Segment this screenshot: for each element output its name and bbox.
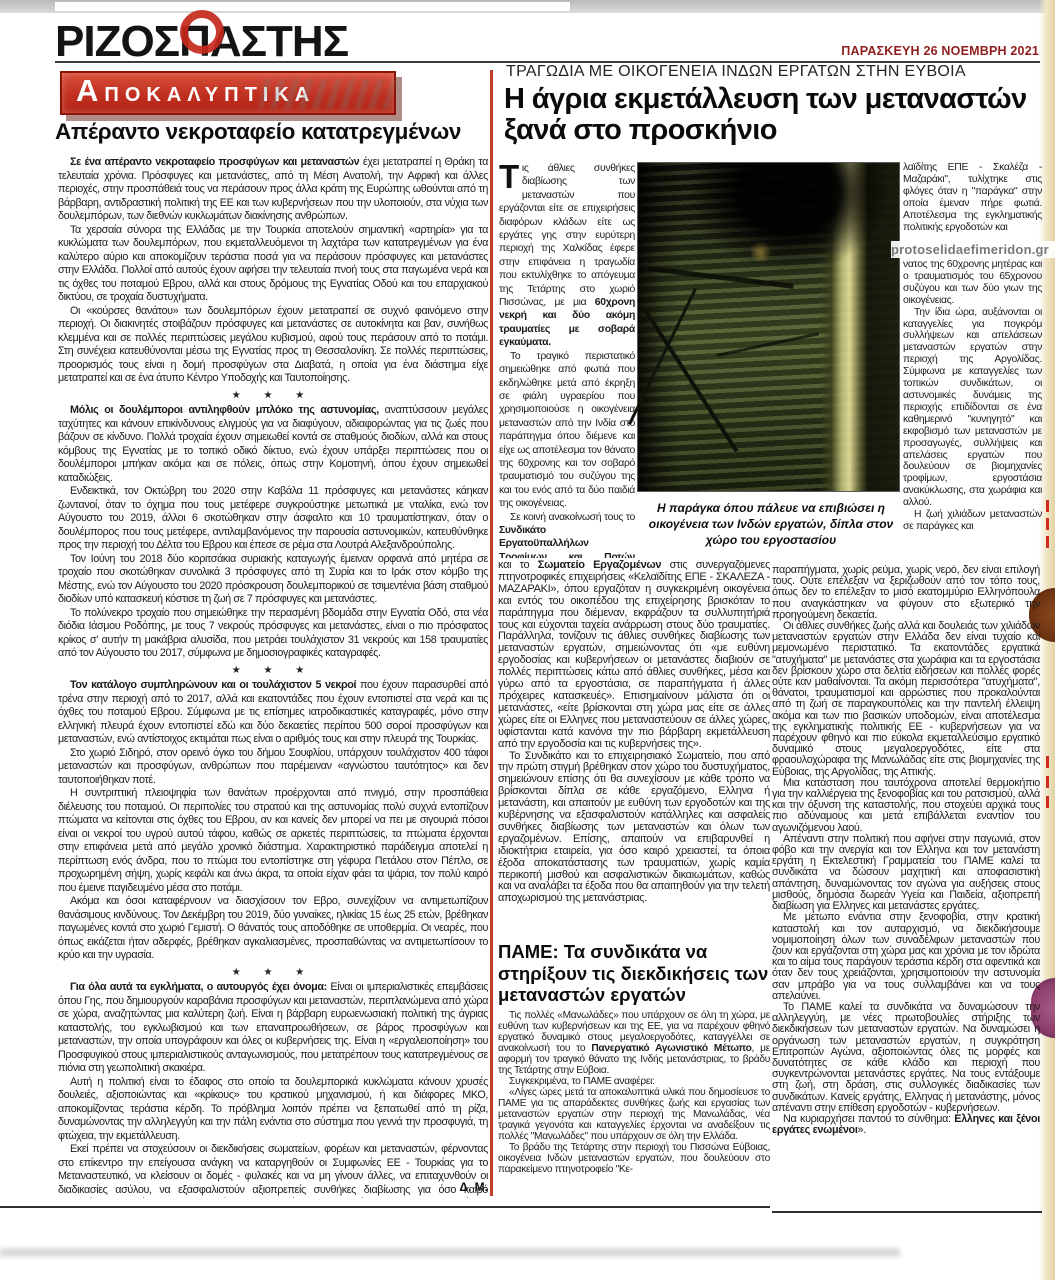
shack-photo: [637, 162, 900, 492]
paragraph: Σε κοινή ανακοίνωσή τους το Συνδικάτο Ερ…: [499, 511, 635, 558]
paragraph: Το τραγικό περιστατικό σημειώθηκε από φω…: [499, 350, 635, 511]
photo-caption: Η παράγκα όπου πάλευε να επιβιώσει η οικ…: [640, 500, 902, 548]
paragraph: Στο χωριό Σιδηρό, στον ορεινό όγκο του δ…: [58, 747, 488, 788]
masthead-text: ΡΙΖΟΣ: [55, 17, 179, 66]
paragraph: Το βράδυ της Τετάρτης στην περιοχή του Π…: [498, 1142, 770, 1175]
pame-column: Τις πολλές «Μανωλάδες» που υπάρχουν σε ό…: [498, 1010, 770, 1200]
paragraph: Το ΠΑΜΕ καλεί τα συνδικάτα να δυναμώσουν…: [772, 1002, 1040, 1114]
paragraph: Το Συνδικάτο και το επιχειρησιακό Σωματε…: [498, 751, 770, 906]
paragraph: Να κυριαρχήσει παντού το σύνθημα: Ελληνε…: [772, 1114, 1040, 1136]
photo-debris: [629, 288, 698, 425]
paragraph: Τα χερσαία σύνορα της Ελλάδας με την Του…: [58, 224, 488, 305]
edge-mark: [1046, 500, 1049, 512]
bottom-rule-right: [772, 1211, 1042, 1213]
publication-date: ΠΑΡΑΣΚΕΥΗ 26 ΝΟΕΜΒΡΗ 2021: [841, 44, 1039, 58]
paragraph: Μια κατάσταση που ταυτόχρονα αποτελεί θε…: [772, 778, 1040, 834]
paragraph: Οι άθλιες συνθήκες ζωής αλλά και δουλειά…: [772, 621, 1040, 778]
kicker: ΤΡΑΓΩΔΙΑ ΜΕ ΟΙΚΟΓΕΝΕΙΑ ΙΝΔΩΝ ΕΡΓΑΤΩΝ ΣΤΗ…: [506, 63, 1046, 81]
byline: Δ. Μ.: [58, 1180, 488, 1194]
edge-mark: [1046, 796, 1049, 808]
stars-separator: ★ ★ ★: [58, 664, 488, 678]
left-article-headline: Απέραντο νεκροταφείο κατατρεγμένων: [55, 119, 490, 145]
paragraph: Απέναντι στην πολιτική που αφήνει στην π…: [772, 834, 1040, 912]
top-scan-strip-gap: [55, 2, 570, 11]
paragraph: και το Σωματείο Εργαζομένων στις συνεργα…: [498, 560, 770, 751]
masthead-logo: ΡΙΖΟΣΠΑΣΤΗΣ: [55, 22, 348, 62]
pame-subheadline: ΠΑΜΕ: Τα συνδικάτα να στηρίξουν τις διεκ…: [498, 941, 771, 1006]
section-label-box: ΑΠΟΚΑΛΥΠΤΙΚΑ: [60, 71, 396, 115]
paragraph: Οι «κούρσες θανάτου» των δουλεμπόρων έχο…: [58, 305, 488, 386]
paragraph: Τον Ιούνη του 2018 δύο κοριτσάκια συριακ…: [58, 553, 488, 607]
right-article-mid-column: και το Σωματείο Εργαζομένων στις συνεργα…: [498, 560, 770, 943]
right-article-headline: Η άγρια εκμετάλλευση των μεταναστών ξανά…: [504, 84, 1049, 146]
paragraph: νατος της 60χρονης μητέρας και ο τραυματ…: [903, 259, 1042, 307]
drop-cap: Τ: [499, 162, 522, 190]
paragraph: Ακόμα και όσοι καταφέρνουν να διασχίσουν…: [58, 895, 488, 963]
left-article-body: Σε ένα απέραντο νεκροταφείο προσφύγων κα…: [58, 156, 488, 1198]
watermark: protoselidaefimeridon.gr: [891, 241, 1055, 258]
paragraph: Σε ένα απέραντο νεκροταφείο προσφύγων κα…: [58, 156, 488, 224]
stars-separator: ★ ★ ★: [58, 389, 488, 403]
paragraph: λαϊδίτης ΕΠΕ - Σκαλέζα - Μαζαράκι", τυλί…: [903, 162, 1042, 233]
photo-debris: [717, 333, 820, 358]
right-article-column-1: Τις άθλιες συνθήκες διαβίωσης των μετανα…: [499, 162, 635, 558]
paragraph: Την ίδια ώρα, αυξάνονται οι καταγγελίες …: [903, 307, 1042, 509]
edge-mark: [1046, 776, 1049, 788]
masthead-emblem: Π: [179, 22, 210, 62]
stars-separator: ★ ★ ★: [58, 966, 488, 980]
paragraph: Τον κατάλογο συμπληρώνουν και οι τουλάχι…: [58, 679, 488, 747]
bottom-rule-left: [0, 1206, 770, 1208]
edge-mark: [1046, 756, 1049, 768]
right-article-wide-column: παραπήγματα, χωρίς ρεύμα, χωρίς νερό, δε…: [772, 565, 1040, 1197]
masthead-text: ΑΣΤΗΣ: [210, 17, 348, 66]
paragraph: Συγκεκριμένα, το ΠΑΜΕ αναφέρει:: [498, 1076, 770, 1087]
paragraph: Με μέτωπο ενάντια στην ξενοφοβία, στην κ…: [772, 912, 1040, 1002]
scan-smudge: [0, 1248, 900, 1257]
edge-mark: [1046, 518, 1049, 530]
ink-bleed-artifact: [259, 79, 395, 109]
paragraph: Ενδεικτικά, τον Οκτώβρη του 2020 στην Κα…: [58, 485, 488, 553]
paragraph: «Λίγες ώρες μετά τα αποκαλυπτικά υλικά π…: [498, 1087, 770, 1142]
right-article-column-3-top: λαϊδίτης ΕΠΕ - Σκαλέζα - Μαζαράκι", τυλί…: [903, 162, 1042, 244]
paragraph: Η ζωή χιλιάδων μεταναστών σε παράγκες κα…: [903, 509, 1042, 533]
photo-debris: [641, 307, 737, 452]
right-article-column-3: νατος της 60χρονης μητέρας και ο τραυματ…: [903, 259, 1042, 559]
paragraph: Αυτή η πολιτική είναι το έδαφος στο οποί…: [58, 1076, 488, 1144]
paragraph: Τις άθλιες συνθήκες διαβίωσης των μετανα…: [499, 162, 635, 350]
edge-mark: [1046, 536, 1049, 548]
paragraph: Τις πολλές «Μανωλάδες» που υπάρχουν σε ό…: [498, 1010, 770, 1076]
paragraph: παραπήγματα, χωρίς ρεύμα, χωρίς νερό, δε…: [772, 565, 1040, 621]
hammer-sickle-emblem-icon: [180, 10, 224, 54]
photo-debris: [649, 266, 795, 289]
paragraph: Το πολύνεκρο τροχαίο που σημειώθηκε την …: [58, 607, 488, 661]
paragraph: Για όλα αυτά τα εγκλήματα, ο αυτουργός έ…: [58, 981, 488, 1076]
paragraph: Η συντριπτική πλειοψηφία των θανάτων προ…: [58, 787, 488, 895]
article-separator-line: [490, 70, 493, 1196]
paragraph: Μόλις οι δουλέμποροι αντιληφθούν μπλόκο …: [58, 404, 488, 485]
